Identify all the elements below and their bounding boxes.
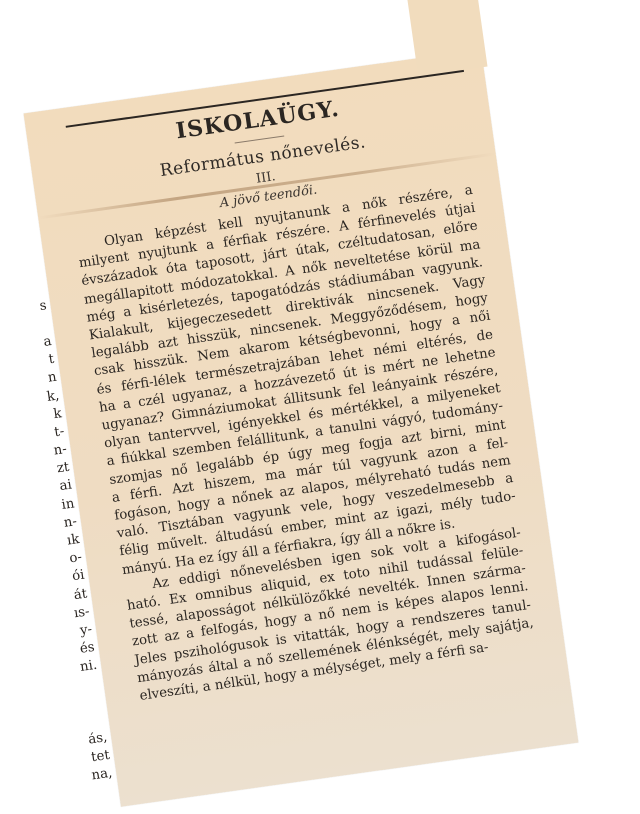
- adjacent-column-fragment: ni.: [70, 657, 98, 679]
- clipping-tab: [407, 0, 487, 76]
- newspaper-clipping: ISKOLAÜGY. Református nőnevelés. III. A …: [24, 49, 579, 806]
- adjacent-column-fragment: s: [20, 297, 48, 319]
- title-divider: [235, 136, 285, 144]
- adjacent-column-fragment: na,: [85, 765, 113, 787]
- article-body: Olyan képzést kell nyujtanunk a nők rész…: [75, 182, 537, 706]
